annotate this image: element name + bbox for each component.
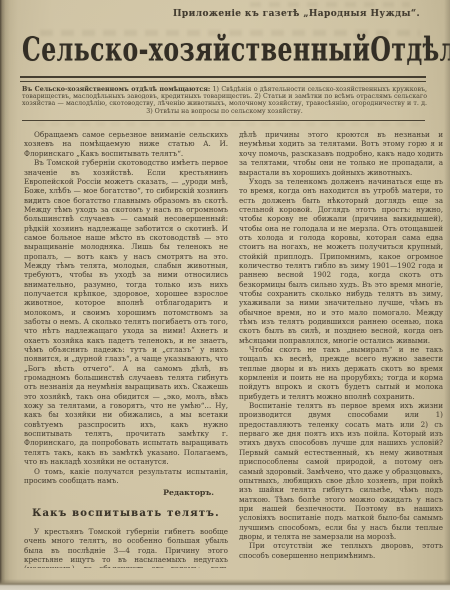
newspaper-page: Приложеніе къ газетѣ „Народныя Нужды“. С… [0, 0, 450, 590]
article-paragraph: Уходъ за теленкомъ долженъ начинаться ещ… [239, 177, 443, 345]
article-paragraph: Чтобы скотъ не такъ „вымиралъ“ и не такъ… [239, 345, 443, 401]
left-column: Обращаемъ самое серьезное вниманіе сельс… [24, 130, 228, 568]
masthead-double-rule [20, 76, 426, 82]
article-paragraph: При отсутствіи же теплыхъ дворовъ, этотъ… [239, 541, 443, 560]
page-title: Сельско-хозяйственный Отдѣлъ. [22, 30, 450, 69]
editorial-paragraph: Обращаемъ самое серьезное вниманіе сельс… [24, 130, 228, 158]
content-columns: Обращаемъ самое серьезное вниманіе сельс… [24, 130, 443, 568]
editorial-paragraph: О томъ, какіе получатся результаты испыт… [24, 467, 228, 486]
masthead-thin-rule [22, 120, 425, 121]
show-through-smudge [36, 122, 422, 126]
section-description: Въ Сельско-хозяйственномъ отдѣлѣ помѣщаю… [22, 86, 427, 116]
section-description-lead: Въ Сельско-хозяйственномъ отдѣлѣ помѣщаю… [22, 86, 210, 93]
right-column: дѣлѣ причины этого кроются въ незнаньи и… [239, 130, 443, 568]
article-paragraph: У крестьянъ Томской губерніи гибнетъ воо… [24, 527, 228, 568]
article-paragraph: Воспитаніе телятъ въ первое время ихъ жи… [239, 401, 443, 541]
scan-edge-bottom [0, 579, 450, 590]
scan-edge-left [0, 0, 10, 590]
article-paragraph: дѣлѣ причины этого кроются въ незнаньи и… [239, 130, 443, 177]
title-word-second: Отдѣлъ. [370, 30, 450, 69]
editor-signature: Редакторъ. [24, 488, 228, 497]
editorial-paragraph: Въ Томской губерніи скотоводство имѣетъ … [24, 158, 228, 466]
title-word-first: Сельско-хозяйственный [22, 30, 370, 69]
scan-edge-right [444, 0, 450, 590]
supplement-note: Приложеніе къ газетѣ „Народныя Нужды“. [0, 0, 450, 19]
article-heading: Какъ воспитывать телятъ. [24, 509, 228, 518]
masthead: Сельско-хозяйственный Отдѣлъ. [22, 32, 424, 68]
